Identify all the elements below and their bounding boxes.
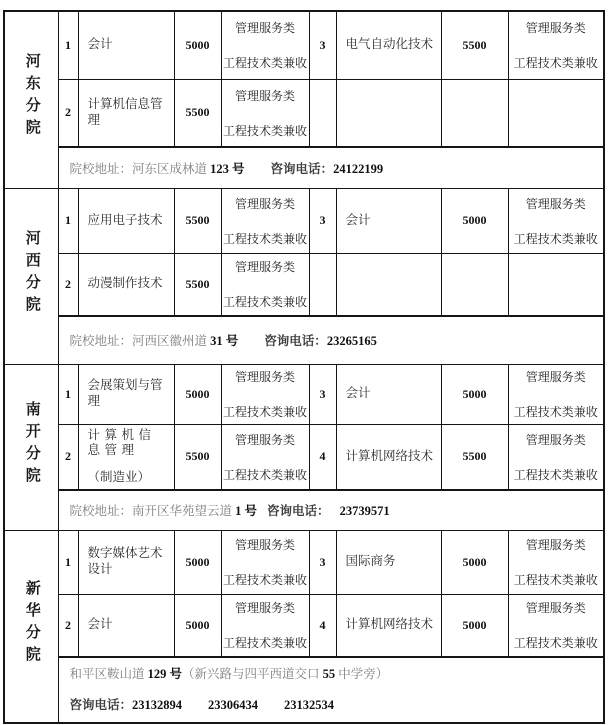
category-line2: 工程技术类兼收: [514, 403, 598, 420]
phone-label: 咨询电话：: [267, 504, 330, 518]
major-name-cell: 会计: [78, 594, 174, 657]
category-cell: 管理服务类 工程技术类兼收: [221, 364, 309, 424]
tuition-fee: 5500: [174, 79, 221, 147]
major-name: 计算机信息管理: [88, 97, 170, 128]
phone-line: 咨询电话：231328942330643423132534: [70, 690, 604, 721]
address-cell: 院校地址：河东区成林道 123 号咨询电话：24122199: [58, 147, 604, 188]
tuition-fee: 5000: [174, 530, 221, 594]
row-number: 4: [309, 424, 336, 490]
category-line2: 工程技术类兼收: [223, 230, 307, 247]
major-name-cell: 计算机信息管理: [78, 79, 174, 147]
category-line1: 管理服务类: [526, 599, 586, 616]
address-number: 31 号: [210, 334, 238, 348]
tuition-fee: 5500: [174, 188, 221, 253]
address-label: 院校地址：: [70, 162, 133, 176]
tuition-fee: 5500: [174, 424, 221, 490]
category-cell: 管理服务类 工程技术类兼收: [508, 424, 604, 490]
address-row: 院校地址：河东区成林道 123 号咨询电话：24122199: [4, 147, 604, 188]
row-number: 4: [309, 594, 336, 657]
major-name: 会计: [346, 386, 437, 402]
major-name: 电气自动化技术: [346, 37, 437, 53]
tuition-fee: 5500: [441, 424, 508, 490]
category-cell: 管理服务类 工程技术类兼收: [221, 424, 309, 490]
tuition-fee: 5500: [441, 11, 508, 79]
admissions-table: 河东分院 1 会计 5000 管理服务类 工程技术类兼收 3 电气自动化技术 5…: [3, 10, 605, 724]
major-row: 2 会计 5000 管理服务类 工程技术类兼收 4 计算机网络技术 5000 管…: [4, 594, 604, 657]
major-name: 会计: [88, 617, 170, 633]
row-number: 3: [309, 11, 336, 79]
phone-label: 咨询电话：: [271, 162, 334, 176]
address-number: 1 号: [235, 504, 257, 518]
address-row: 院校地址：河西区徽州道 31 号咨询电话：23265165: [4, 316, 604, 364]
category-line1: 管理服务类: [526, 536, 586, 553]
branch-cell-xinhua: 新华分院: [4, 530, 58, 723]
tuition-fee: 5000: [441, 188, 508, 253]
row-number-empty: [309, 79, 336, 147]
tuition-fee: 5000: [174, 11, 221, 79]
category-line2: 工程技术类兼收: [514, 466, 598, 483]
phone-label: 咨询电话：: [264, 334, 327, 348]
major-row: 河西分院 1 应用电子技术 5500 管理服务类 工程技术类兼收 3 会计 50…: [4, 188, 604, 253]
branch-name: 河东分院: [24, 53, 39, 141]
category-cell: 管理服务类 工程技术类兼收: [221, 11, 309, 79]
row-number: 2: [58, 79, 78, 147]
category-line2: 工程技术类兼收: [514, 634, 598, 651]
major-name-cell: 会计: [78, 11, 174, 79]
major-row: 南开分院 1 会展策划与管理 5000 管理服务类 工程技术类兼收 3 会计 5…: [4, 364, 604, 424]
category-line1: 管理服务类: [526, 19, 586, 36]
major-name-cell: 计算机网络技术: [336, 424, 441, 490]
category-line2: 工程技术类兼收: [514, 571, 598, 588]
address-street: 河西区徽州道: [132, 334, 210, 348]
address-number: 123 号: [210, 162, 244, 176]
address-street: 南开区华苑望云道: [132, 504, 235, 518]
tuition-fee-empty: [441, 79, 508, 147]
category-cell: 管理服务类 工程技术类兼收: [508, 364, 604, 424]
row-number: 2: [58, 594, 78, 657]
category-cell-empty: [508, 79, 604, 147]
branch-name: 河西分院: [24, 230, 39, 318]
tuition-fee-empty: [441, 253, 508, 316]
major-row: 2 计算机信息管理 （制造业） 5500 管理服务类 工程技术类兼收 4 计算机…: [4, 424, 604, 490]
phone-number: 23132534: [284, 698, 334, 712]
major-name-cell: 国际商务: [336, 530, 441, 594]
major-row: 2 动漫制作技术 5500 管理服务类 工程技术类兼收: [4, 253, 604, 316]
category-line1: 管理服务类: [526, 431, 586, 448]
phone-number: 24122199: [333, 162, 383, 176]
address-line: 和平区鞍山道 129 号（新兴路与四平西道交口 55 中学旁）: [70, 659, 604, 690]
address-street: （新兴路与四平西道交口: [182, 667, 323, 681]
row-number: 3: [309, 364, 336, 424]
category-line1: 管理服务类: [235, 195, 295, 212]
major-name-cell: 动漫制作技术: [78, 253, 174, 316]
category-cell: 管理服务类 工程技术类兼收: [508, 188, 604, 253]
phone-number: 23265165: [327, 334, 377, 348]
major-row: 河东分院 1 会计 5000 管理服务类 工程技术类兼收 3 电气自动化技术 5…: [4, 11, 604, 79]
address-cell: 院校地址：南开区华苑望云道 1 号咨询电话：23739571: [58, 490, 604, 530]
phone-number: 23739571: [340, 504, 390, 518]
tuition-fee: 5000: [174, 594, 221, 657]
category-line1: 管理服务类: [526, 195, 586, 212]
category-line1: 管理服务类: [235, 87, 295, 104]
major-row: 新华分院 1 数字媒体艺术设计 5000 管理服务类 工程技术类兼收 3 国际商…: [4, 530, 604, 594]
major-name-cell-empty: [336, 79, 441, 147]
major-name-line2: （制造业）: [88, 470, 170, 486]
address-street: 河东区成林道: [132, 162, 210, 176]
category-line2: 工程技术类兼收: [223, 403, 307, 420]
tuition-fee: 5000: [441, 594, 508, 657]
row-number-empty: [309, 253, 336, 316]
major-name-cell-empty: [336, 253, 441, 316]
address-row: 和平区鞍山道 129 号（新兴路与四平西道交口 55 中学旁） 咨询电话：231…: [4, 657, 604, 723]
category-cell: 管理服务类 工程技术类兼收: [221, 188, 309, 253]
major-name-cell: 计算机信息管理 （制造业）: [78, 424, 174, 490]
tuition-fee: 5000: [441, 530, 508, 594]
major-name: 计算机网络技术: [346, 449, 437, 465]
row-number: 2: [58, 253, 78, 316]
address-cell: 院校地址：河西区徽州道 31 号咨询电话：23265165: [58, 316, 604, 364]
major-name-cell: 电气自动化技术: [336, 11, 441, 79]
major-name-cell: 应用电子技术: [78, 188, 174, 253]
address-number: 55: [323, 667, 336, 681]
phone-number: 23132894: [132, 698, 182, 712]
address-row: 院校地址：南开区华苑望云道 1 号咨询电话：23739571: [4, 490, 604, 530]
major-name: 动漫制作技术: [88, 276, 170, 292]
category-line1: 管理服务类: [235, 431, 295, 448]
category-line2: 工程技术类兼收: [223, 466, 307, 483]
category-line2: 工程技术类兼收: [223, 293, 307, 310]
category-cell: 管理服务类 工程技术类兼收: [221, 594, 309, 657]
category-cell: 管理服务类 工程技术类兼收: [221, 79, 309, 147]
branch-cell-hexi: 河西分院: [4, 188, 58, 364]
category-line1: 管理服务类: [235, 19, 295, 36]
category-line1: 管理服务类: [235, 599, 295, 616]
major-name-cell: 会计: [336, 364, 441, 424]
tuition-fee: 5000: [174, 364, 221, 424]
row-number: 1: [58, 188, 78, 253]
major-name-cell: 会展策划与管理: [78, 364, 174, 424]
major-name-cell: 计算机网络技术: [336, 594, 441, 657]
category-line1: 管理服务类: [235, 258, 295, 275]
address-street: 中学旁）: [335, 667, 388, 681]
category-cell: 管理服务类 工程技术类兼收: [508, 530, 604, 594]
category-cell-empty: [508, 253, 604, 316]
category-cell: 管理服务类 工程技术类兼收: [508, 11, 604, 79]
major-name: 计算机信息管理: [88, 428, 170, 459]
address-label: 院校地址：: [70, 504, 133, 518]
tuition-fee: 5500: [174, 253, 221, 316]
branch-cell-nankai: 南开分院: [4, 364, 58, 530]
category-line1: 管理服务类: [235, 536, 295, 553]
address-label: 院校地址：: [70, 334, 133, 348]
phone-label: 咨询电话：: [70, 698, 133, 712]
category-line2: 工程技术类兼收: [223, 634, 307, 651]
address-cell: 和平区鞍山道 129 号（新兴路与四平西道交口 55 中学旁） 咨询电话：231…: [58, 657, 604, 723]
major-name: 计算机网络技术: [346, 617, 437, 633]
row-number: 3: [309, 530, 336, 594]
category-cell: 管理服务类 工程技术类兼收: [221, 253, 309, 316]
major-row: 2 计算机信息管理 5500 管理服务类 工程技术类兼收: [4, 79, 604, 147]
row-number: 3: [309, 188, 336, 253]
major-name: 应用电子技术: [88, 213, 170, 229]
major-name-cell: 数字媒体艺术设计: [78, 530, 174, 594]
category-cell: 管理服务类 工程技术类兼收: [508, 594, 604, 657]
category-line2: 工程技术类兼收: [514, 54, 598, 71]
category-line2: 工程技术类兼收: [514, 230, 598, 247]
category-line2: 工程技术类兼收: [223, 122, 307, 139]
address-number: 129 号: [148, 667, 182, 681]
major-name: 会计: [88, 37, 170, 53]
category-cell: 管理服务类 工程技术类兼收: [221, 530, 309, 594]
category-line2: 工程技术类兼收: [223, 54, 307, 71]
major-name: 会展策划与管理: [88, 378, 170, 409]
row-number: 2: [58, 424, 78, 490]
branch-cell-hedong: 河东分院: [4, 11, 58, 188]
category-line1: 管理服务类: [235, 368, 295, 385]
branch-name: 新华分院: [24, 580, 39, 668]
phone-number: 23306434: [208, 698, 258, 712]
tuition-fee: 5000: [441, 364, 508, 424]
major-name: 数字媒体艺术设计: [88, 546, 170, 577]
row-number: 1: [58, 364, 78, 424]
major-name: 会计: [346, 213, 437, 229]
row-number: 1: [58, 11, 78, 79]
address-street: 和平区鞍山道: [70, 667, 148, 681]
category-line1: 管理服务类: [526, 368, 586, 385]
major-name-cell: 会计: [336, 188, 441, 253]
major-name: 国际商务: [346, 554, 437, 570]
category-line2: 工程技术类兼收: [223, 571, 307, 588]
branch-name: 南开分院: [24, 401, 39, 489]
row-number: 1: [58, 530, 78, 594]
